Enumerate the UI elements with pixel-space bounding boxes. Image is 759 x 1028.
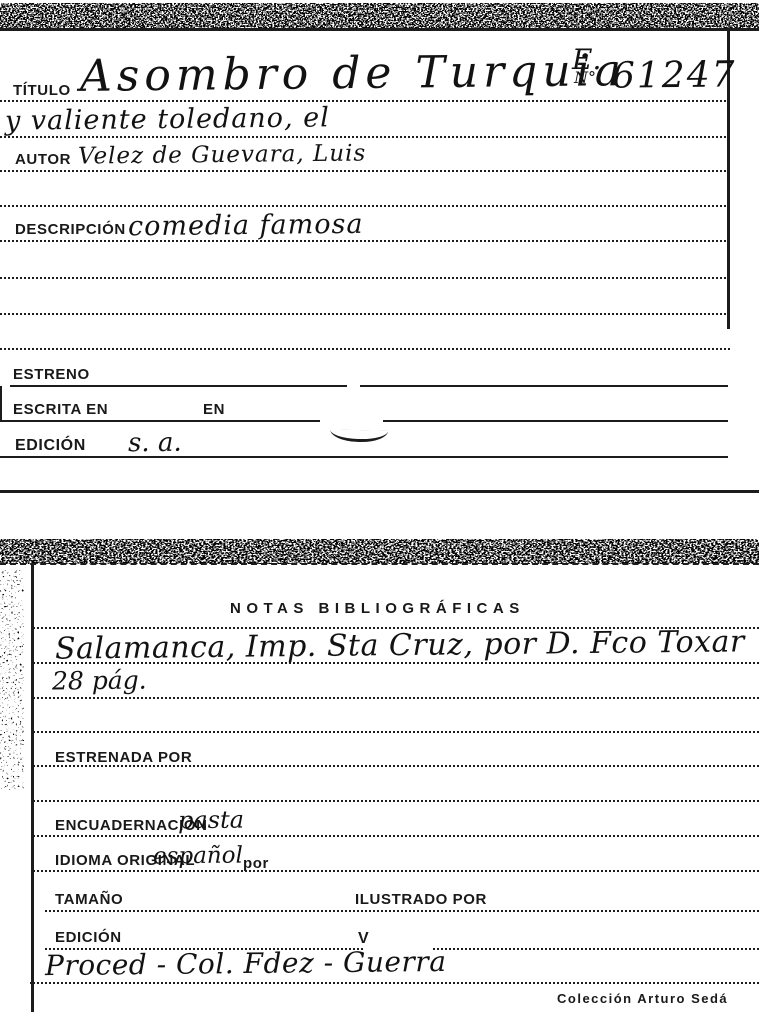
tamano-line	[45, 910, 759, 912]
escrita-en-label: ESCRITA EN	[13, 401, 108, 418]
ruled-line	[33, 697, 759, 699]
ruled-line	[33, 800, 759, 802]
titulo-label: TÍTULO	[13, 82, 71, 99]
escrita-en-line	[0, 420, 320, 422]
edicion-line	[433, 948, 759, 950]
scan-noise-left-margin	[0, 570, 24, 790]
idioma-original-value: español	[153, 845, 243, 869]
procedencia-value: Proced - Col. Fdez - Guerra	[45, 948, 447, 980]
ruled-line	[0, 136, 730, 138]
tamano-label: TAMAÑO	[55, 891, 123, 908]
registro-number: 61247	[612, 57, 737, 94]
estreno-line	[10, 385, 347, 387]
notas-bibliograficas-header: NOTAS BIBLIOGRÁFICAS	[230, 600, 525, 617]
encuadernacion-line	[33, 835, 759, 837]
autor-label: AUTOR	[15, 151, 71, 168]
edicion-line	[0, 456, 728, 458]
autor-value: Velez de Guevara, Luis	[78, 142, 366, 168]
ruled-line	[0, 277, 730, 279]
escrita-en-line	[383, 420, 728, 422]
por-label: por	[243, 855, 269, 872]
ruled-line	[0, 205, 730, 207]
ruled-line	[0, 348, 730, 350]
estreno-label: ESTRENO	[13, 366, 90, 383]
en-label: EN	[203, 401, 225, 418]
notas-value-line1: Salamanca, Imp. Sta Cruz, por D. Fco Tox…	[55, 627, 745, 664]
ink-squiggle-mark	[330, 429, 388, 443]
ruled-line	[0, 170, 730, 172]
coleccion-credit: Colección Arturo Sedá	[557, 991, 728, 1006]
idioma-line	[33, 870, 759, 872]
ilustrado-por-label: ILUSTRADO POR	[355, 891, 487, 908]
notas-value-line2: 28 pág.	[52, 668, 147, 694]
estreno-line	[360, 385, 728, 387]
torn-edge-band-card2	[0, 539, 759, 564]
procedencia-line	[30, 982, 759, 984]
ruled-line	[33, 731, 759, 733]
encuadernacion-value: pasta	[178, 808, 244, 833]
scanned-catalog-card-page: TÍTULO AUTOR DESCRIPCIÓN ESTRENO ESCRITA…	[0, 0, 759, 1028]
edicion-value: s. a.	[128, 430, 182, 457]
registro-mark: E. N°	[572, 46, 601, 86]
card-bottom-edge-line	[0, 490, 759, 493]
titulo-value-line1: Asombro de Turquia	[80, 49, 626, 99]
card-top-edge-line	[0, 28, 759, 31]
ruled-line	[0, 313, 730, 315]
edicion-label: EDICIÓN	[15, 437, 86, 455]
card2-top-edge-line	[0, 563, 759, 565]
estrenada-por-label: ESTRENADA POR	[55, 749, 192, 766]
titulo-value-line2: y valiente toledano, el	[5, 104, 330, 134]
torn-edge-band-top	[0, 3, 759, 30]
descripcion-label: DESCRIPCIÓN	[15, 221, 126, 238]
card2-left-border	[31, 565, 34, 1012]
ruled-line	[0, 240, 730, 242]
card-left-edge-mark	[0, 386, 2, 420]
edicion-label-back: EDICIÓN	[55, 929, 122, 946]
descripcion-value: comedia famosa	[128, 211, 364, 240]
